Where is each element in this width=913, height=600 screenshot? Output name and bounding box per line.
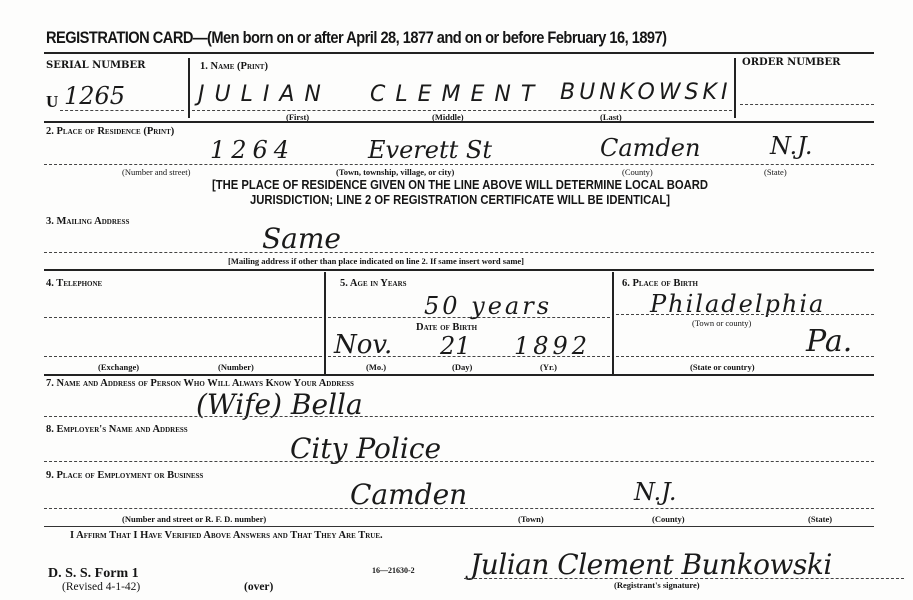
birthplace-town-line: [616, 314, 874, 315]
day-caption: (Day): [452, 362, 472, 372]
divider: [734, 58, 736, 118]
year-caption: (Yr.): [540, 362, 557, 372]
jurisdiction-notice-line1: [THE PLACE OF RESIDENCE GIVEN ON THE LIN…: [100, 178, 820, 193]
contact-line: [44, 416, 874, 417]
row-rule: [44, 526, 874, 527]
mailing-address-value[interactable]: Same: [262, 222, 341, 255]
residence-state[interactable]: N.J.: [770, 132, 812, 160]
order-number-label: ORDER NUMBER: [742, 57, 840, 68]
birthplace-state-value[interactable]: Pa.: [806, 324, 852, 359]
dob-line: [328, 356, 610, 357]
age-value[interactable]: 50 years: [424, 292, 552, 320]
over-note: (over): [244, 581, 273, 593]
signature-line: [464, 578, 904, 579]
birthplace-label: 6. Place of Birth: [622, 278, 698, 289]
registration-card: REGISTRATION CARD—(Men born on or after …: [0, 0, 913, 600]
residence-label: 2. Place of Residence (Print): [46, 126, 174, 137]
telephone-line-2[interactable]: [44, 356, 322, 357]
mailing-address-label: 3. Mailing Address: [46, 216, 129, 227]
affirmation-text: I Affirm That I Have Verified Above Answ…: [70, 530, 383, 541]
employer-label: 8. Employer's Name and Address: [46, 424, 188, 435]
divider: [188, 58, 190, 118]
signature-caption: (Registrant's signature): [614, 580, 700, 590]
row-rule: [44, 374, 874, 376]
first-name-value[interactable]: JULIAN: [198, 82, 331, 107]
month-caption: (Mo.): [366, 362, 386, 372]
residence-caption-state: (State): [764, 167, 787, 177]
form-revision: (Revised 4-1-42): [62, 581, 140, 593]
jurisdiction-notice-line2: JURISDICTION; LINE 2 OF REGISTRATION CER…: [100, 193, 820, 208]
mailing-caption: [Mailing address if other than place ind…: [228, 256, 524, 266]
birthplace-state-line: [616, 356, 874, 357]
name-label: 1. Name (Print): [200, 61, 268, 72]
employer-line: [44, 461, 874, 462]
residence-caption-number: (Number and street): [122, 167, 190, 177]
mailing-line: [44, 252, 874, 253]
employment-caption-street: (Number and street or R. F. D. number): [122, 514, 266, 524]
divider: [324, 272, 326, 374]
divider: [612, 272, 614, 374]
birthplace-town-caption: (Town or county): [692, 318, 751, 328]
age-line: [328, 317, 610, 318]
employment-town-value[interactable]: Camden: [350, 478, 467, 511]
employment-caption-county: (County): [652, 514, 685, 524]
residence-line: [44, 164, 874, 165]
employment-county-value[interactable]: N.J.: [634, 478, 676, 506]
residence-number[interactable]: 1264: [210, 136, 295, 164]
age-label: 5. Age in Years: [340, 278, 407, 289]
employment-line: [44, 508, 874, 509]
serial-number-label: SERIAL NUMBER: [46, 60, 145, 71]
residence-street[interactable]: Everett St: [368, 136, 492, 164]
telephone-line-1[interactable]: [44, 317, 322, 318]
residence-caption-county: (County): [622, 167, 653, 177]
employment-caption-state: (State): [808, 514, 832, 524]
residence-caption-town: (Town, township, village, or city): [336, 167, 454, 177]
serial-number-value[interactable]: 1265: [64, 82, 125, 110]
card-title: REGISTRATION CARD—(Men born on or after …: [46, 28, 667, 48]
employment-place-label: 9. Place of Employment or Business: [46, 470, 203, 481]
form-name: D. S. S. Form 1: [48, 566, 139, 582]
name-line: [192, 110, 732, 111]
print-code: 16—21630-2: [372, 566, 415, 575]
row-rule: [44, 269, 874, 271]
telephone-label: 4. Telephone: [46, 278, 102, 289]
row-rule: [44, 121, 874, 123]
birthplace-state-caption: (State or country): [690, 362, 755, 372]
serial-prefix: U: [46, 92, 58, 112]
residence-county[interactable]: Camden: [600, 134, 700, 162]
employment-caption-town: (Town): [518, 514, 544, 524]
order-number-line[interactable]: [740, 104, 874, 105]
title-rule: [44, 52, 874, 54]
exchange-caption: (Exchange): [98, 362, 139, 372]
last-name-value[interactable]: BUNKOWSKI: [560, 80, 731, 105]
serial-line: [60, 110, 184, 111]
registrant-signature[interactable]: Julian Clement Bunkowski: [470, 548, 832, 581]
number-caption: (Number): [218, 362, 254, 372]
middle-name-value[interactable]: CLEMENT: [370, 82, 544, 107]
